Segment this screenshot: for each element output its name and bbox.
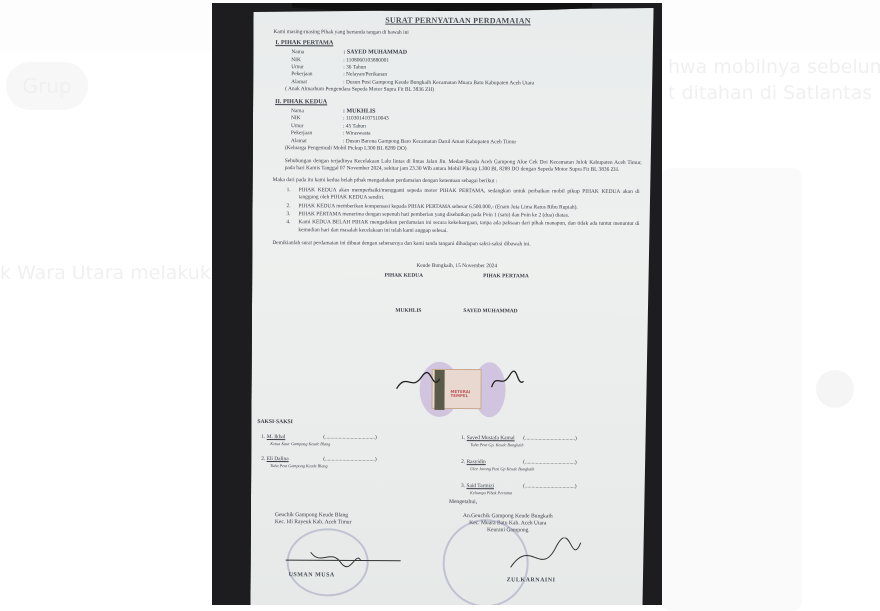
signer-party1: SAYED MUHAMMAD [463,308,517,316]
acknowledged-label: Mengetahui, [449,499,477,505]
background-card [662,168,802,611]
signature-icon [281,546,411,571]
scroll-up-button[interactable] [816,370,854,408]
party2-note: (Keluarga Pengemudi Mobil Pickup L300 BL… [285,145,650,154]
official-left: Geuchik Gampong Keude Blang Kec. Idi Ray… [275,512,352,526]
document-title: SURAT PERNYATAAN PERDAMAIAN [265,16,650,25]
witnesses-title: SAKSI-SAKSI [257,419,292,425]
document-photo: SURAT PERNYATAAN PERDAMAIAN Kami masing-… [212,3,662,605]
witness-entry: 2. Eli DalinaTuha Peut Gampong Keude Bla… [261,456,328,469]
signer-party2: MUKHLIS [395,308,421,316]
paper-shadow [292,3,592,11]
field-value: : 45 Tahun [343,123,366,131]
official-right-name: ZULKARNAINI [507,577,556,583]
agreement-letter: SURAT PERNYATAAN PERDAMAIAN Kami masing-… [264,16,651,317]
party2-fields: Nama: MUKHLISNIK: 1103014107510043Umur: … [265,108,650,147]
official-left-subtitle: Kec. Idi Rayeuk Kab. Aceh Timur [275,519,352,526]
incident-paragraph: Sehubungan dengan terjadinya Kecelakaan … [285,158,642,175]
party2-heading: II. PIHAK KEDUA [275,98,650,107]
witness-entry: 3. Said TarmiziKeluarga Pihak Pertama(..… [461,483,512,496]
background-post-text: t ditahan di Satlantas P [668,82,880,104]
term-item: 4.Kami KEDUA BELAH PIHAK mengadakan perd… [286,219,639,236]
terms-list: 1.PIHAK KEDUA akan memperbaiki/mengganti… [286,187,639,236]
agreement-intro: Maka dari pada itu kami kedua belah piha… [273,177,650,186]
field-value: : 36 Tahun [343,64,366,72]
official-left-name: USMAN MUSA [289,572,335,578]
party1-heading: I. PIHAK PERTAMA [275,39,650,48]
party2-label: PIHAK KEDUA [385,273,424,281]
witness-entry: 1. Sayed Mustafa KamalTuha Peut Gp. Keud… [461,435,523,448]
field-value: : Wiraswasta [343,131,371,139]
place-date: Keude Bungkaih, 15 November 2024 [264,262,649,271]
witness-entry: 1. M. IkbalKetua Kaur Gampong Keude Blan… [261,434,330,447]
group-chip[interactable]: Grup [6,62,88,110]
paper-sheet: SURAT PERNYATAAN PERDAMAIAN Kami masing-… [250,6,653,605]
signature-icon [392,367,532,398]
intro-text: Kami masing-masing Pihak yang bertanda t… [273,29,650,38]
witness-entry: 2. RasyidinUlee Jurong Pusi Gp Keude Bun… [461,459,534,472]
party1-fields: Nama: SAYED MUHAMMADNIK: 110806010388000… [265,49,650,88]
term-item: 1.PIHAK KEDUA akan memperbaiki/mengganti… [287,187,640,204]
background-post-text: hwa mobilnya sebelum [668,56,880,78]
background-post-text: k Wara Utara melakuk [0,262,212,284]
party1-label: PIHAK PERTAMA [483,273,529,281]
signature-icon [501,537,591,577]
closing-text: Demikianlah surat perdamaian ini dibuat … [272,240,649,249]
party1-note: ( Anak Almarhum Pengendara Sepeda Motor … [285,86,650,95]
